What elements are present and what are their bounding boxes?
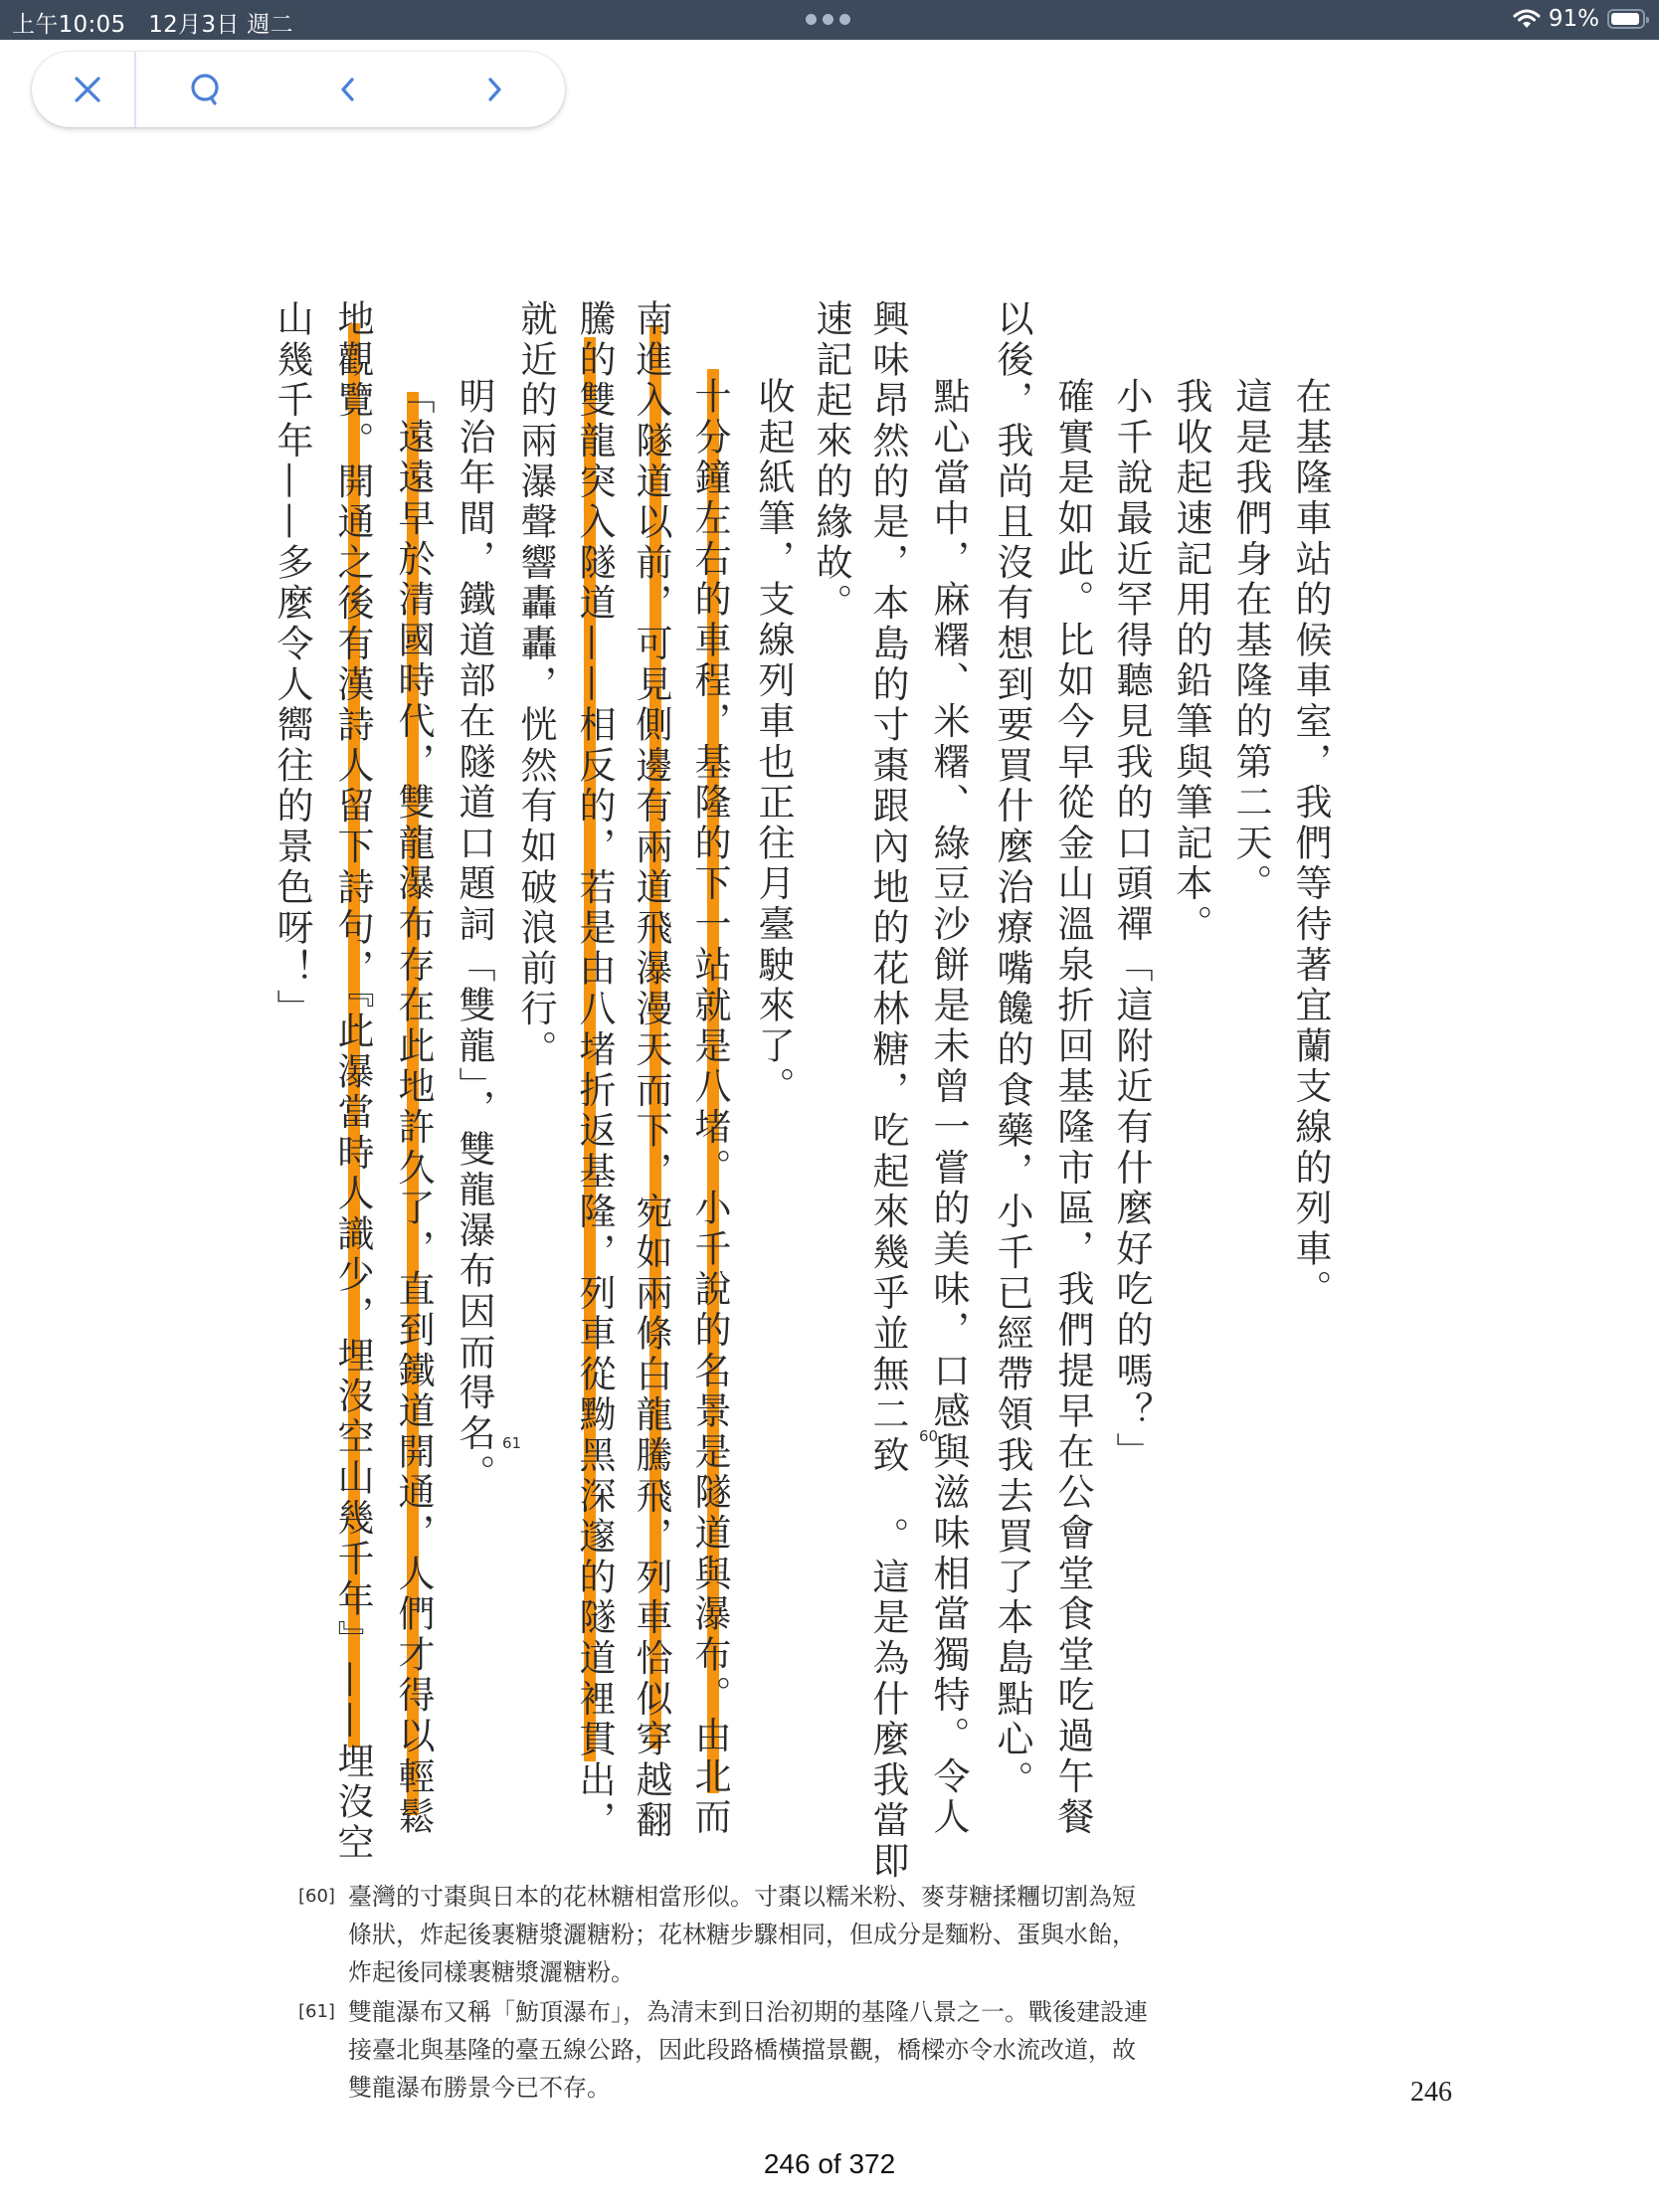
text-column: 「遠遠早於清國時代，雙龍瀑布存在此地許久了，直到鐵道開通，人們才得以輕鬆 bbox=[389, 377, 437, 1838]
footnote-line: 接臺北與基隆的臺五線公路，因此段路橋橫擋景觀，橋樑亦令水流改道，故 bbox=[348, 2031, 1313, 2069]
text-column: 就近的兩瀑聲響轟轟，恍然有如破浪前行。 bbox=[511, 299, 559, 1070]
text-column: 興味昂然的是，本島的寸棗跟內地的花林糖，吃起來幾乎並無二致 。這是為什麼我當即 bbox=[863, 299, 911, 1882]
text-column: 山幾千年——多麼令人嚮往的景色呀！」 bbox=[268, 299, 315, 1029]
text-column: 確實是如此。比如今早從金山溫泉折回基隆市區，我們提早在公會堂食堂吃過午餐 bbox=[1048, 377, 1096, 1838]
text-column: 小千說最近罕得聽見我的口頭禪「這附近有什麼好吃的嗎？」 bbox=[1107, 377, 1155, 1473]
footnote-line: 雙龍瀑布又稱「魴頂瀑布」，為清末到日治初期的基隆八景之一。戰後建設連 bbox=[348, 1993, 1313, 2031]
page-body[interactable]: 在基隆車站的候車室，我們等待著宜蘭支線的列車。這是我們身在基隆的第二天。我收起速… bbox=[0, 0, 1659, 1860]
page-number: 246 bbox=[1410, 2077, 1452, 2109]
text-column: 以後，我尚且沒有想到要買什麼治療嘴饞的食藥，小千已經帶領我去買了本島點心。 bbox=[988, 299, 1035, 1801]
text-column: 明治年間，鐵道部在隧道口題詞「雙龍」，雙龍瀑布因而得名。 bbox=[450, 377, 497, 1495]
footnote-ref[interactable]: 61 bbox=[502, 1434, 521, 1452]
footnote-line: 臺灣的寸棗與日本的花林糖相當形似。寸棗以糯米粉、麥芽糖揉糰切割為短 bbox=[348, 1878, 1313, 1916]
text-column: 點心當中，麻糬、米糬、綠豆沙餅是未曾一嘗的美味，口感與滋味相當獨特。令人 bbox=[924, 377, 972, 1838]
footnote: [60]臺灣的寸棗與日本的花林糖相當形似。寸棗以糯米粉、麥芽糖揉糰切割為短條狀，… bbox=[298, 1878, 1313, 1991]
text-column: 這是我們身在基隆的第二天。 bbox=[1226, 377, 1274, 904]
text-column: 在基隆車站的候車室，我們等待著宜蘭支線的列車。 bbox=[1286, 377, 1334, 1310]
footnote-line: 雙龍瀑布勝景今已不存。 bbox=[348, 2069, 1313, 2107]
footnote: [61]雙龍瀑布又稱「魴頂瀑布」，為清末到日治初期的基隆八景之一。戰後建設連接臺… bbox=[298, 1993, 1313, 2107]
text-column: 南進入隧道以前，可見側邊有兩道飛瀑漫天而下，宛如兩條白龍騰飛，列車恰似穿越翻 bbox=[627, 299, 674, 1841]
text-column: 十分鐘左右的車程，基隆的下一站就是八堵。小千說的名景是隧道與瀑布。由北而 bbox=[685, 377, 733, 1838]
footnote-number[interactable]: [61] bbox=[298, 1993, 335, 2031]
text-column: 地觀覽。開通之後有漢詩人留下詩句，『此瀑當時人識少，埋沒空山幾千年』——埋沒空 bbox=[328, 299, 376, 1864]
footnote-number[interactable]: [60] bbox=[298, 1878, 335, 1916]
text-column: 我收起速記用的鉛筆與筆記本。 bbox=[1167, 377, 1214, 945]
footnotes: [60]臺灣的寸棗與日本的花林糖相當形似。寸棗以糯米粉、麥芽糖揉糰切割為短條狀，… bbox=[298, 1878, 1313, 2109]
footnote-ref[interactable]: 60 bbox=[919, 1427, 938, 1445]
page-indicator: 246 of 372 bbox=[734, 2148, 925, 2180]
text-column: 速記起來的緣故。 bbox=[807, 299, 854, 624]
text-column: 收起紙筆，支線列車也正往月臺駛來了。 bbox=[749, 377, 797, 1107]
text-column: 騰的雙龍突入隧道——相反的，若是由八堵折返基隆，列車從黝黑深邃的隧道裡貫出， bbox=[570, 299, 618, 1841]
footnote-line: 炸起後同樣裹糖漿灑糖粉。 bbox=[348, 1953, 1313, 1991]
footnote-line: 條狀，炸起後裹糖漿灑糖粉；花林糖步驟相同，但成分是麵粉、蛋與水飴， bbox=[348, 1916, 1313, 1953]
